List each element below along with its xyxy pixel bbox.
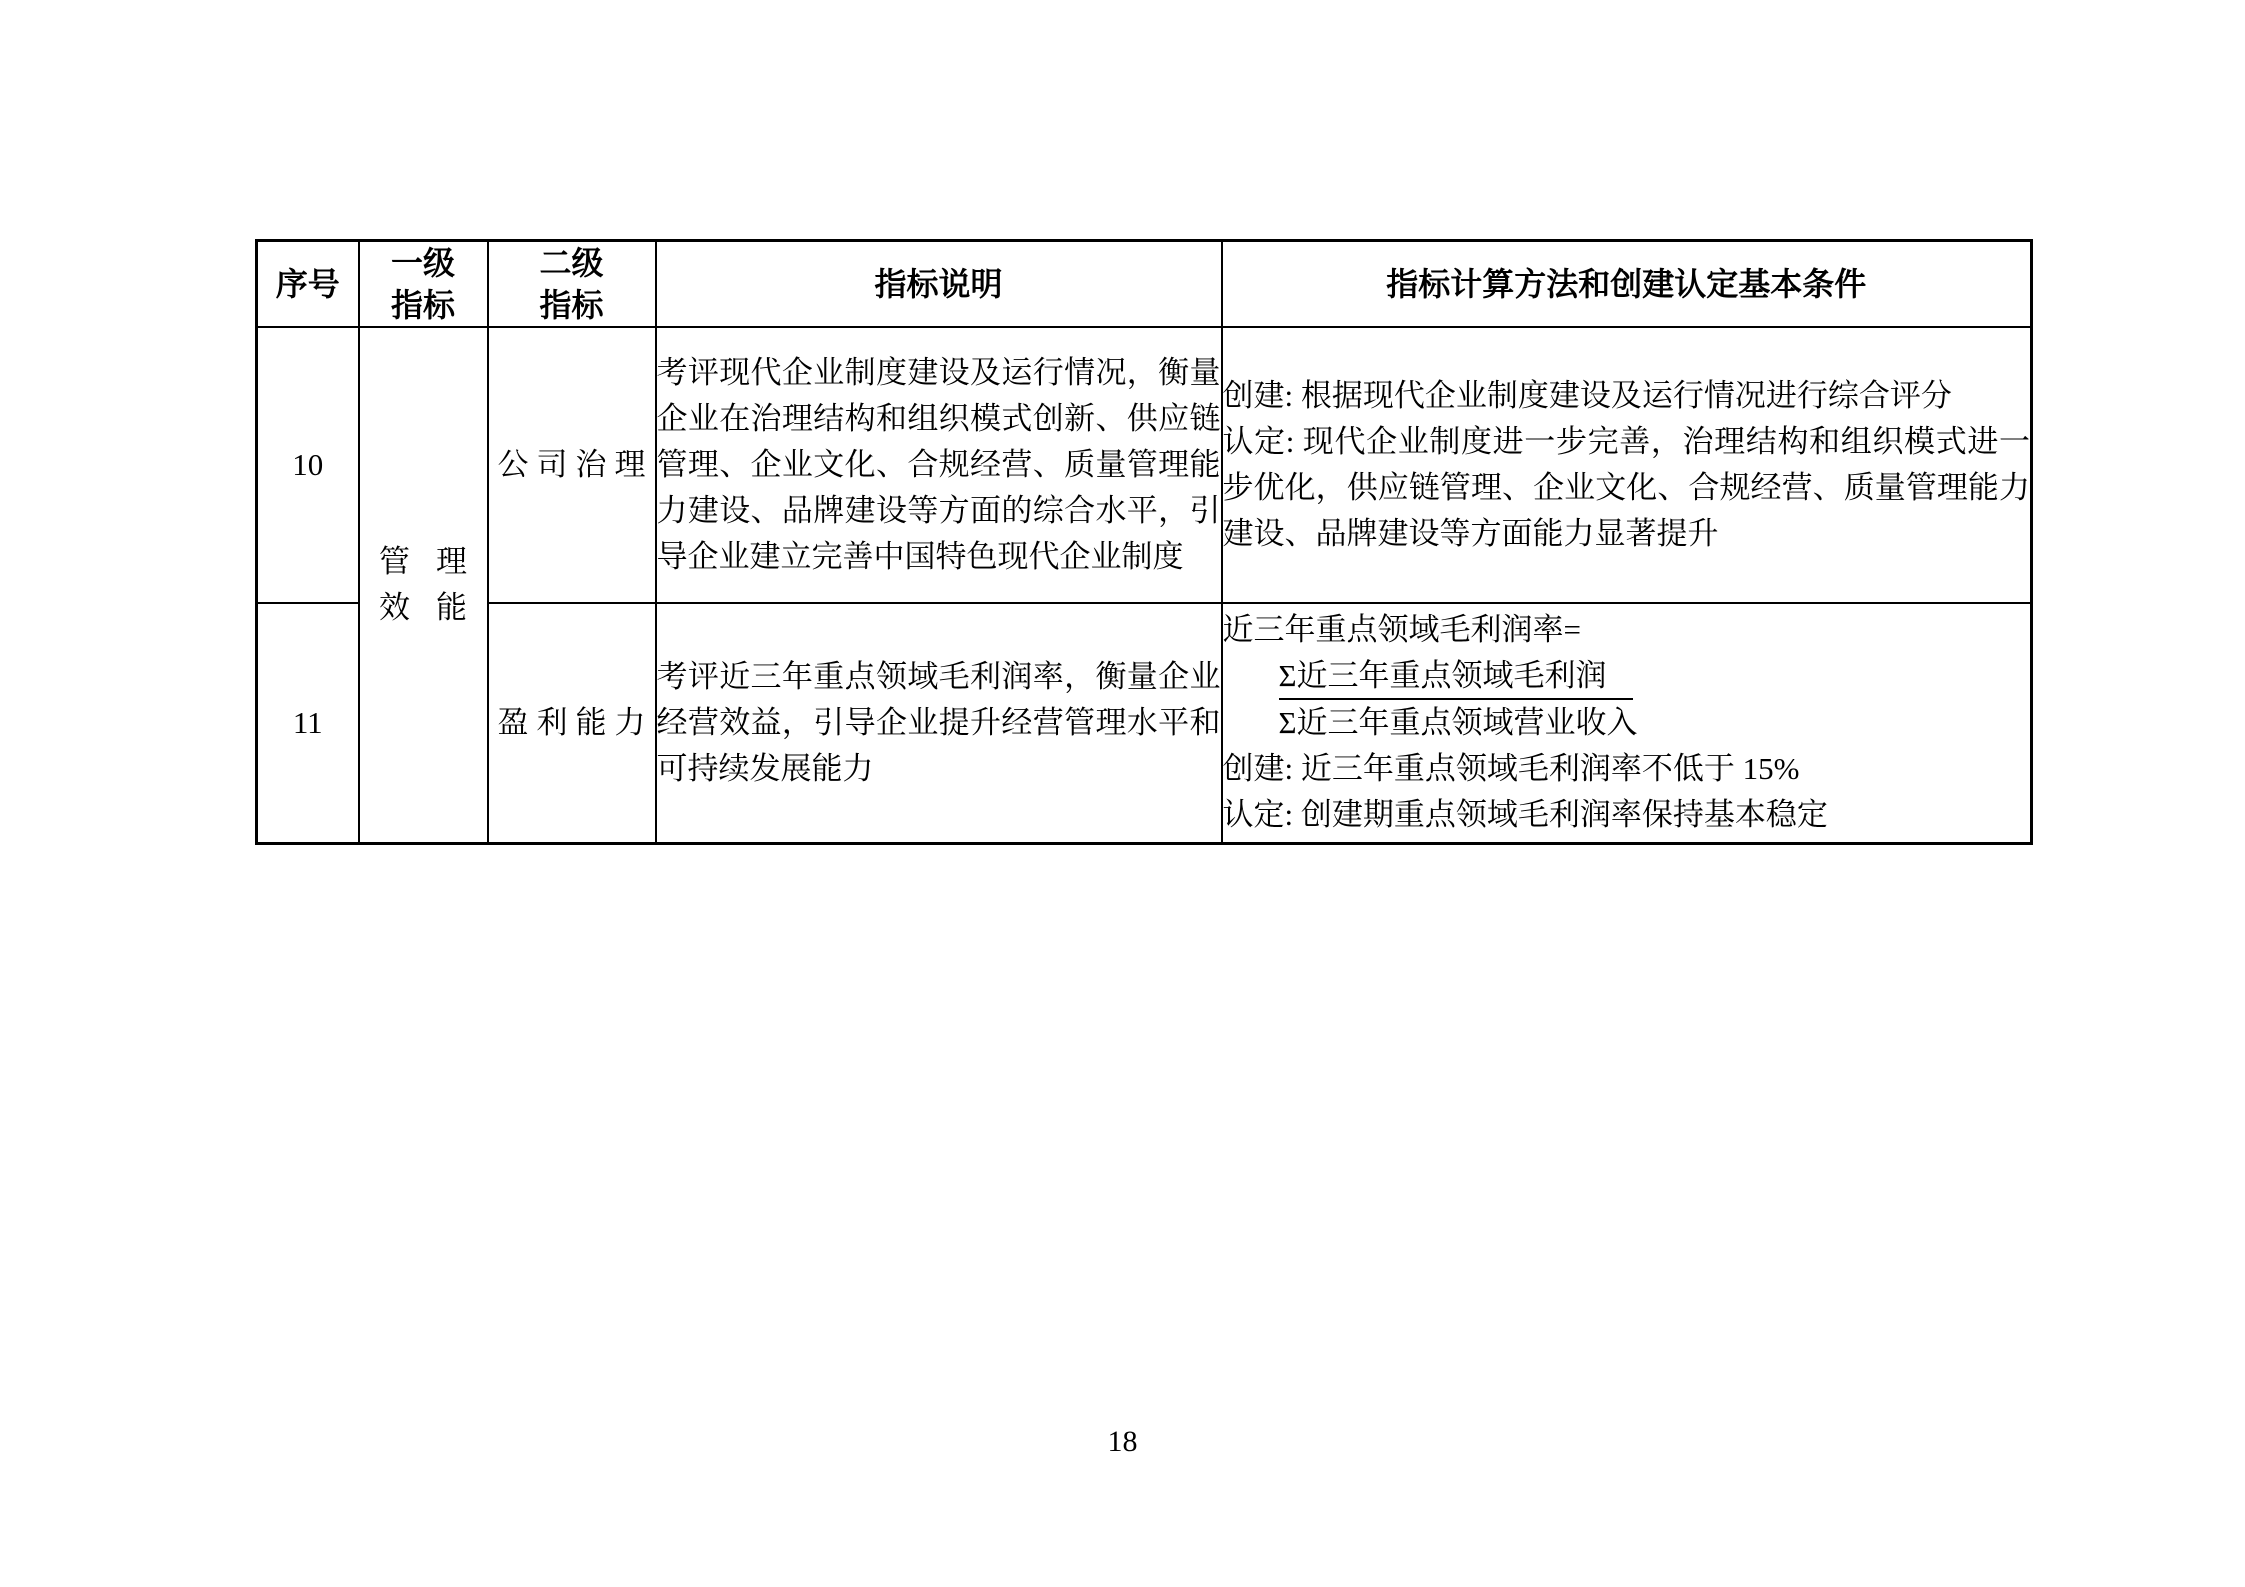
- header-level2-indicator: 二级 指标: [488, 241, 656, 328]
- method-create-line-11: 创建: 近三年重点领域毛利润率不低于 15%: [1223, 746, 2031, 792]
- cell-level2-10: 公司治理: [488, 327, 656, 603]
- serial-11: 11: [293, 705, 323, 740]
- cell-description-11: 考评近三年重点领域毛利润率，衡量企业经营效益，引导企业提升经营管理水平和可持续发…: [656, 603, 1222, 843]
- description-text-11: 考评近三年重点领域毛利润率，衡量企业经营效益，引导企业提升经营管理水平和可持续发…: [657, 654, 1221, 792]
- cell-method-11: 近三年重点领域毛利润率= Σ近三年重点领域毛利润 Σ近三年重点领域营业收入 创建…: [1222, 603, 2032, 843]
- method-confirm-line-11: 认定: 创建期重点领域毛利润率保持基本稳定: [1223, 792, 2031, 838]
- header-method: 指标计算方法和创建认定基本条件: [1222, 241, 2032, 328]
- page-number: 18: [0, 1424, 2245, 1460]
- formula-intro: 近三年重点领域毛利润率=: [1223, 607, 2031, 653]
- method-confirm-paragraph-10: 认定: 现代企业制度进一步完善，治理结构和组织模式进一步优化，供应链管理、企业文…: [1223, 419, 2031, 557]
- level1-line-1: 管理: [360, 539, 487, 585]
- formula-numerator-line: Σ近三年重点领域毛利润: [1279, 653, 2031, 700]
- document-page: 序号 一级 指标 二级 指标 指标说明 指标计算方法和创建认定基本条件 10 管…: [0, 0, 2245, 1587]
- formula-denominator: Σ近三年重点领域营业收入: [1279, 700, 2031, 746]
- header-serial: 序号: [257, 241, 359, 328]
- method-create-paragraph-10: 创建: 根据现代企业制度建设及运行情况进行综合评分: [1223, 373, 2031, 419]
- header-description: 指标说明: [656, 241, 1222, 328]
- level1-line2-text: 效能: [379, 585, 488, 631]
- level2-label-11: 盈利能力: [498, 700, 654, 746]
- cell-level2-11: 盈利能力: [488, 603, 656, 843]
- table-row: 10 管理 效能 公司治理 考评现代企业制度建设及运行情况，衡量企业在治理结构和…: [257, 327, 2032, 603]
- cell-serial-10: 10: [257, 327, 359, 603]
- cell-method-10: 创建: 根据现代企业制度建设及运行情况进行综合评分 认定: 现代企业制度进一步完…: [1222, 327, 2032, 603]
- table-row: 11 盈利能力 考评近三年重点领域毛利润率，衡量企业经营效益，引导企业提升经营管…: [257, 603, 2032, 843]
- indicator-table: 序号 一级 指标 二级 指标 指标说明 指标计算方法和创建认定基本条件 10 管…: [255, 239, 2033, 845]
- level2-label-10: 公司治理: [498, 442, 654, 488]
- level1-line1-text: 管理: [379, 539, 488, 585]
- cell-level1-group: 管理 效能: [359, 327, 488, 843]
- header-level1-indicator: 一级 指标: [359, 241, 488, 328]
- description-text-10: 考评现代企业制度建设及运行情况，衡量企业在治理结构和组织模式创新、供应链管理、企…: [657, 350, 1221, 580]
- table-header-row: 序号 一级 指标 二级 指标 指标说明 指标计算方法和创建认定基本条件: [257, 241, 2032, 328]
- serial-10: 10: [292, 447, 323, 482]
- formula-numerator: Σ近三年重点领域毛利润: [1279, 654, 1633, 700]
- cell-serial-11: 11: [257, 603, 359, 843]
- cell-description-10: 考评现代企业制度建设及运行情况，衡量企业在治理结构和组织模式创新、供应链管理、企…: [656, 327, 1222, 603]
- level1-line-2: 效能: [360, 585, 487, 631]
